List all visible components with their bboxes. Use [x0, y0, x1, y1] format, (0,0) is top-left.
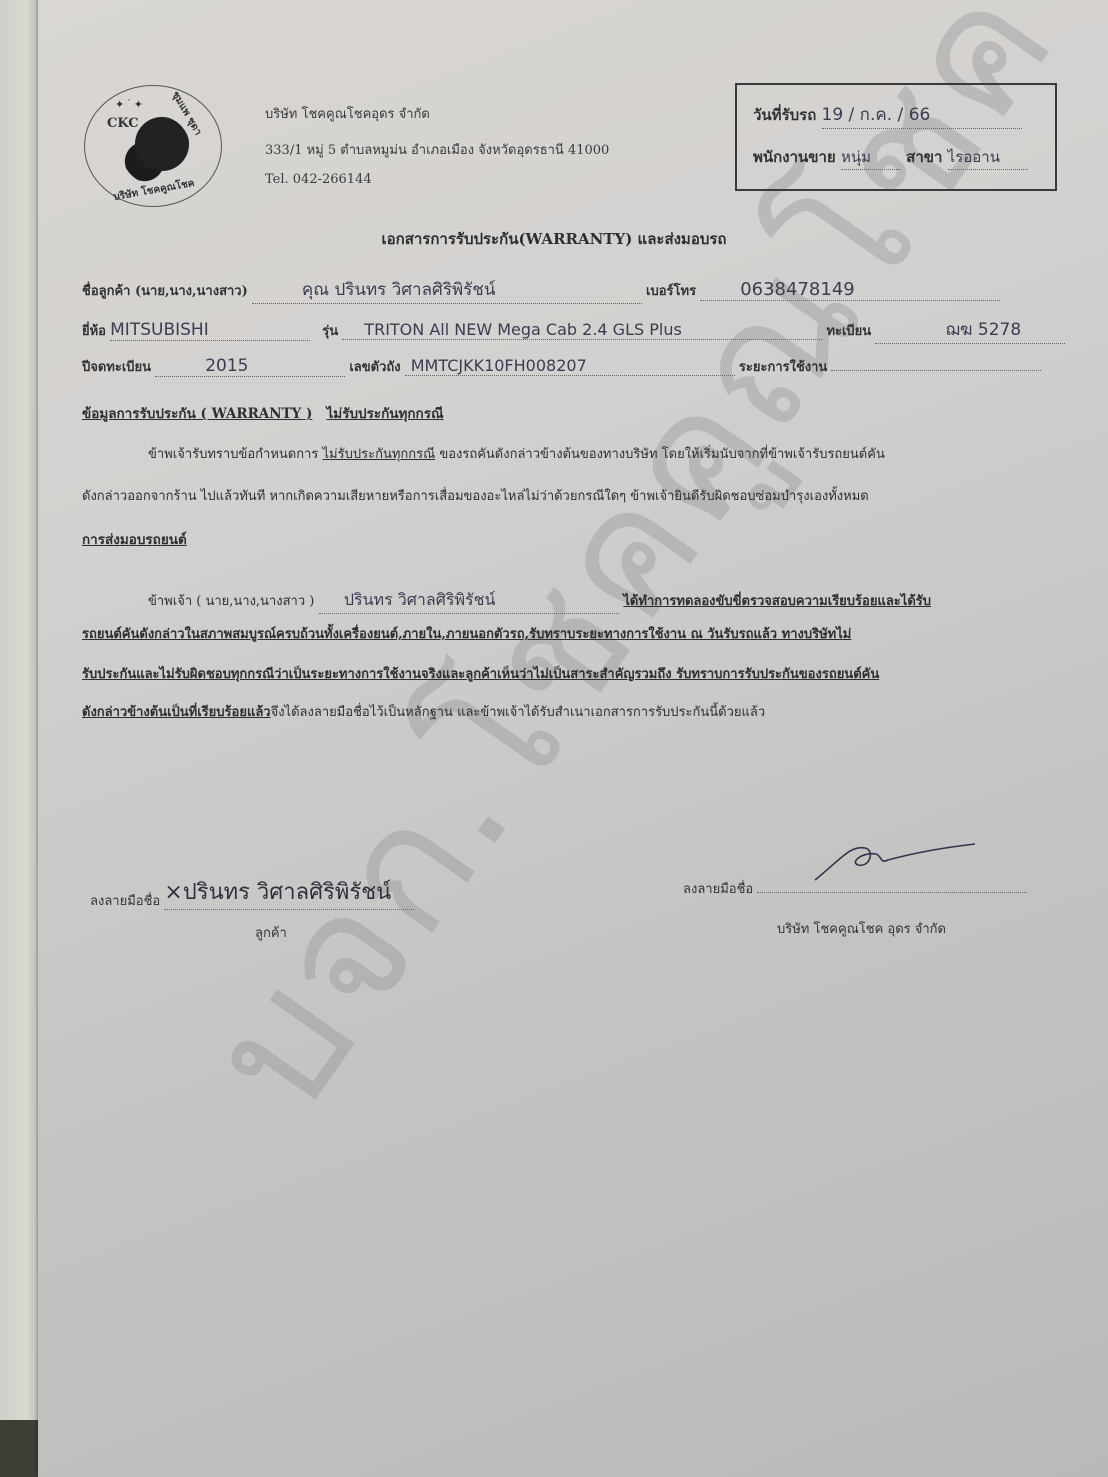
customer-row: ชื่อลูกค้า (นาย,นาง,นางสาว) คุณ ปรินทร ว…: [82, 276, 1000, 304]
chassis-value: MMTCJKK10FH008207: [405, 356, 735, 376]
reg-year-value: 2015: [155, 356, 345, 377]
customer-label: ชื่อลูกค้า (นาย,นาง,นางสาว): [82, 284, 248, 299]
brand-value: MITSUBISHI: [110, 320, 310, 341]
delivery-line-4: ดังกล่าวข้างต้นเป็นที่เรียบร้อยแล้วจึงได…: [82, 701, 765, 722]
background-edge: [0, 0, 38, 1477]
warranty-line-2: ดังกล่าวออกจากร้าน ไปแล้วทันที หากเกิดคว…: [82, 485, 869, 506]
vehicle-row: ยี่ห้อ MITSUBISHI รุ่น TRITON All NEW Me…: [82, 316, 1065, 344]
plate-label: ทะเบียน: [826, 324, 871, 339]
customer-value: คุณ ปรินทร วิศาลศิริพิรัชน์: [252, 276, 642, 304]
model-value: TRITON All NEW Mega Cab 2.4 GLS Plus: [342, 320, 822, 340]
branch-value: ไรออาน: [948, 145, 1028, 170]
model-label: รุ่น: [322, 324, 338, 339]
company-signature-line: [757, 892, 1027, 893]
warranty-heading-row: ข้อมูลการรับประกัน ( WARRANTY ) ไม่รับปร…: [82, 402, 444, 424]
company-name: บริษัท โชคคูณโชคอุดร จำกัด: [265, 103, 430, 124]
mileage-value: [831, 370, 1041, 371]
delivery-text: ได้ทำการทดลองขับขี่ตรวจสอบความเรียบร้อยแ…: [623, 594, 931, 609]
background-object: [0, 1420, 38, 1477]
warranty-heading-note: ไม่รับประกันทุกกรณี: [327, 406, 444, 422]
phone-label: เบอร์โทร: [646, 284, 696, 299]
company-tel: Tel. 042-266144: [265, 172, 372, 187]
registration-row: ปีจดทะเบียน 2015 เลขตัวถัง MMTCJKK10FH00…: [82, 356, 1041, 377]
receipt-info-box: วันที่รับรถ 19 / ก.ค. / 66 พนักงานขาย หน…: [735, 83, 1057, 191]
company-signature: [810, 840, 980, 885]
warranty-line-1: ข้าพเจ้ารับทราบข้อกำหนดการ ไม่รับประกันท…: [148, 443, 885, 464]
date-value: 19 / ก.ค. / 66: [822, 101, 1022, 129]
delivery-text: ดังกล่าวข้างต้นเป็นที่เรียบร้อยแล้ว: [82, 705, 271, 720]
salesperson-label: พนักงานขาย: [753, 148, 836, 166]
chassis-label: เลขตัวถัง: [349, 360, 400, 375]
customer-caption: ลูกค้า: [255, 922, 287, 943]
customer-signature: ×ปรินทร วิศาลศิริพิรัชน์: [164, 874, 414, 910]
company-address: 333/1 หมู่ 5 ตำบลหมูม่น อำเภอเมือง จังหว…: [265, 139, 609, 160]
branch-label: สาขา: [906, 148, 942, 166]
company-sign-label: ลงลายมือชื่อ: [683, 882, 753, 897]
warranty-text: ข้าพเจ้ารับทราบข้อกำหนดการ: [148, 447, 323, 462]
customer-signature-row: ลงลายมือชื่อ ×ปรินทร วิศาลศิริพิรัชน์: [90, 880, 414, 916]
delivery-heading: การส่งมอบรถยนต์: [82, 528, 187, 550]
phone-value: 0638478149: [700, 279, 1000, 301]
reg-year-label: ปีจดทะเบียน: [82, 360, 151, 375]
stars-icon: ✦˙✦: [115, 98, 145, 111]
salesperson-value: หนุ่ม: [841, 145, 901, 170]
delivery-text: จึงได้ลงลายมือชื่อไว้เป็นหลักฐาน และข้าพ…: [271, 705, 766, 720]
delivery-customer-name: ปรินทร วิศาลศิริพิรัชน์: [319, 588, 619, 614]
document-title: เอกสารการรับประกัน(WARRANTY) และส่งมอบรถ: [0, 227, 1108, 251]
company-logo: ✦˙✦ CKC ชุมแพ ชุดา บริษัท โชคคูณโชค: [84, 85, 222, 207]
delivery-line-2: รถยนต์คันดังกล่าวในสภาพสมบูรณ์ครบถ้วนทั้…: [82, 623, 851, 644]
delivery-line-3: รับประกันและไม่รับผิดชอบทุกกรณีว่าเป็นระ…: [82, 663, 879, 684]
warranty-no-warranty: ไม่รับประกันทุกกรณี: [323, 447, 436, 462]
delivery-label: ข้าพเจ้า ( นาย,นาง,นางสาว ): [148, 594, 314, 609]
warranty-text: ของรถคันดังกล่าวข้างต้นของทางบริษัท โดยใ…: [435, 447, 885, 462]
warranty-heading: ข้อมูลการรับประกัน ( WARRANTY ): [82, 406, 312, 422]
mileage-label: ระยะการใช้งาน: [739, 360, 827, 375]
date-label: วันที่รับรถ: [753, 106, 816, 124]
brand-label: ยี่ห้อ: [82, 324, 106, 339]
plate-value: ฌฆ 5278: [875, 316, 1065, 344]
customer-sign-label: ลงลายมือชื่อ: [90, 894, 160, 909]
delivery-line-1: ข้าพเจ้า ( นาย,นาง,นางสาว ) ปรินทร วิศาล…: [148, 588, 931, 614]
pegasus-icon: [120, 116, 190, 186]
company-caption: บริษัท โชคคูณโชค อุดร จำกัด: [777, 918, 946, 939]
